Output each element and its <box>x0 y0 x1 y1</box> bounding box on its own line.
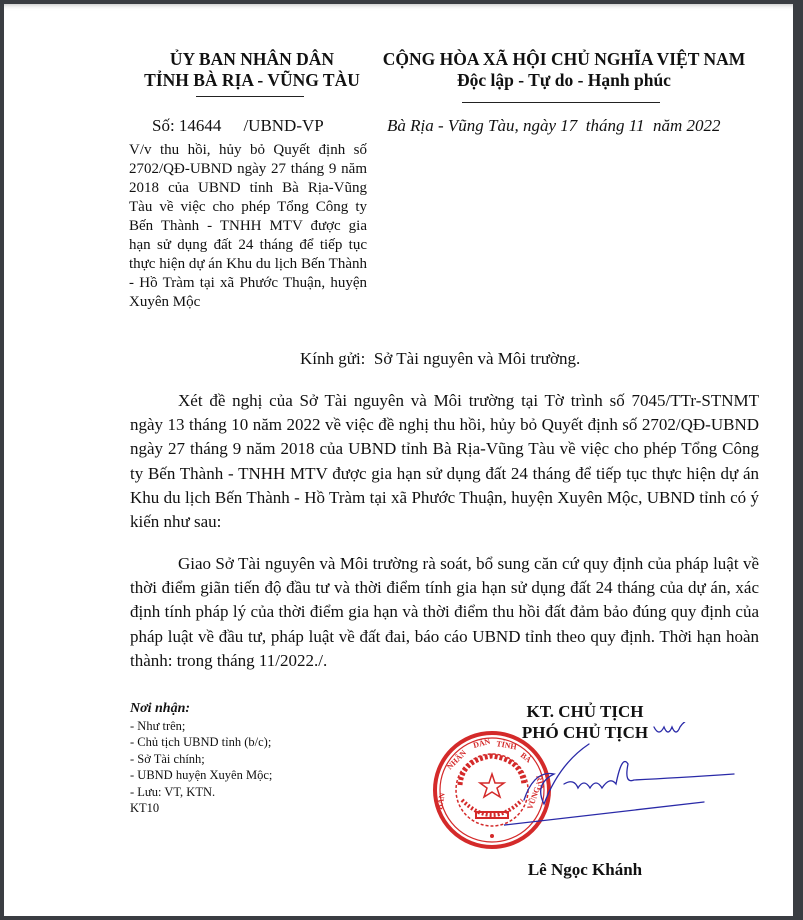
document-number: Số: 14644/UBND-VP <box>152 116 324 136</box>
handwritten-signature-icon <box>504 722 744 842</box>
document-number-suffix: /UBND-VP <box>243 116 323 135</box>
motto-underline <box>462 102 660 103</box>
recipient-item: - Lưu: VT, KTN. <box>130 784 272 801</box>
subject-summary: V/v thu hồi, hủy bỏ Quyết định số 2702/Q… <box>129 141 367 312</box>
svg-text:BAN: BAN <box>435 792 447 810</box>
recipient-line: Kính gửi: Sở Tài nguyên và Môi trường. <box>300 349 580 369</box>
document-number-prefix: Số: 14644 <box>152 116 221 135</box>
recipient-item: - Chủ tịch UBND tỉnh (b/c); <box>130 734 272 751</box>
issuing-agency: ỦY BAN NHÂN DÂN TỈNH BÀ RỊA - VŨNG TÀU <box>132 49 372 91</box>
place-and-date: Bà Rịa - Vũng Tàu, ngày 17 tháng 11 năm … <box>387 116 721 136</box>
document-page: ỦY BAN NHÂN DÂN TỈNH BÀ RỊA - VŨNG TÀU C… <box>4 4 793 916</box>
signer-name: Lê Ngọc Khánh <box>490 860 680 880</box>
agency-line-2: TỈNH BÀ RỊA - VŨNG TÀU <box>132 70 372 91</box>
body-paragraph-1: Xét đề nghị của Sở Tài nguyên và Môi trư… <box>130 389 759 534</box>
nation-motto: Độc lập - Tự do - Hạnh phúc <box>364 70 764 91</box>
signatory-line-1: KT. CHỦ TỊCH <box>490 701 680 722</box>
paragraph-text: Xét đề nghị của Sở Tài nguyên và Môi trư… <box>130 389 759 534</box>
document-code: KT10 <box>130 800 272 817</box>
recipients-list: Nơi nhận: - Như trên; - Chủ tịch UBND tỉ… <box>130 701 272 817</box>
recipient-item: - UBND huyện Xuyên Mộc; <box>130 767 272 784</box>
svg-text:DÂN: DÂN <box>472 736 492 750</box>
recipients-title: Nơi nhận: <box>130 701 272 718</box>
recipient-item: - Sở Tài chính; <box>130 751 272 768</box>
agency-underline <box>196 96 304 97</box>
agency-line-1: ỦY BAN NHÂN DÂN <box>132 49 372 70</box>
paragraph-text: Giao Sở Tài nguyên và Môi trường rà soát… <box>130 552 759 673</box>
nation-line-1: CỘNG HÒA XÃ HỘI CHỦ NGHĨA VIỆT NAM <box>364 49 764 70</box>
recipient-item: - Như trên; <box>130 718 272 735</box>
body-paragraph-2: Giao Sở Tài nguyên và Môi trường rà soát… <box>130 552 759 673</box>
national-heading: CỘNG HÒA XÃ HỘI CHỦ NGHĨA VIỆT NAM Độc l… <box>364 49 764 91</box>
